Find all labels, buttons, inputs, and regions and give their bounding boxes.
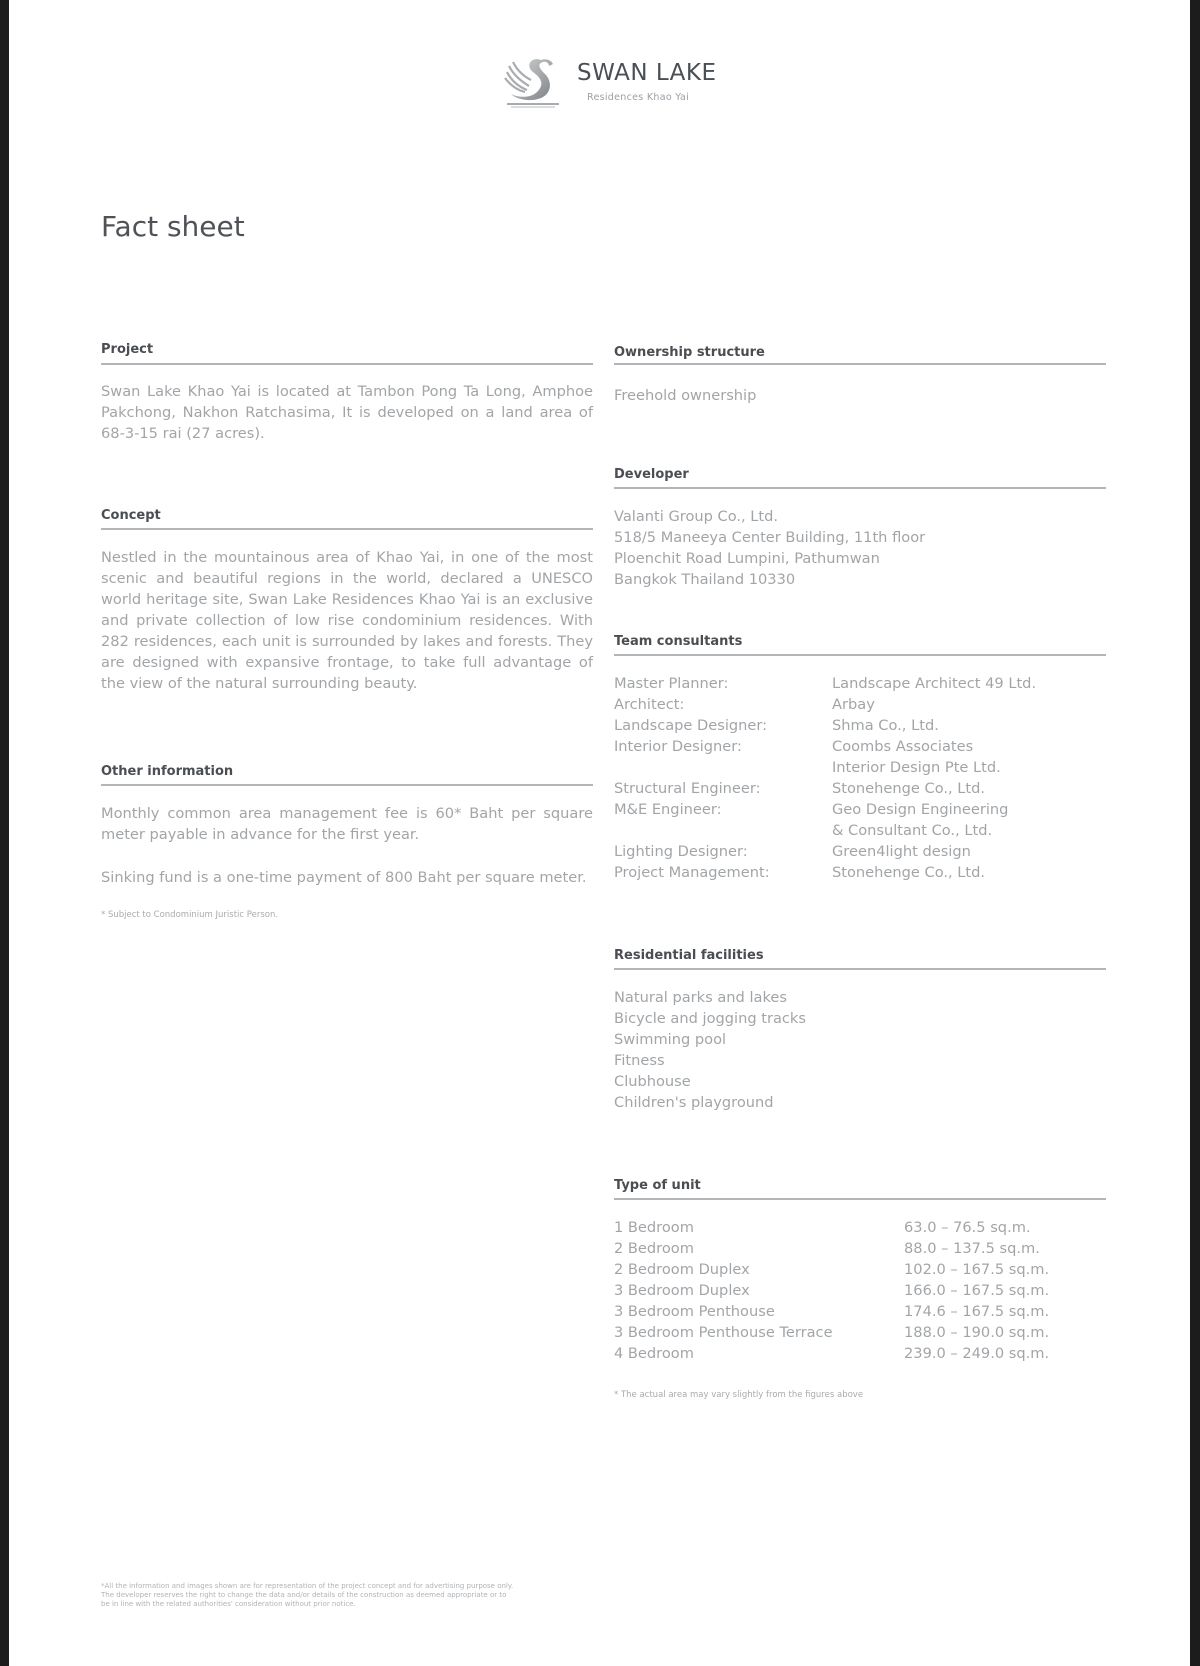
consultant-role: Master Planner: xyxy=(614,673,832,694)
team-row: Structural Engineer:Stonehenge Co., Ltd. xyxy=(614,778,1106,799)
consultant-name: Stonehenge Co., Ltd. xyxy=(832,862,985,883)
consultant-name: Geo Design Engineering xyxy=(832,799,1008,820)
type-of-unit-heading: Type of unit xyxy=(614,1178,701,1193)
unit-type: 3 Bedroom Penthouse Terrace xyxy=(614,1322,904,1343)
consultant-name: Arbay xyxy=(832,694,875,715)
fact-sheet-page: SWAN LAKE Residences Khao Yai Fact sheet… xyxy=(9,0,1190,1666)
facility-item: Children's playground xyxy=(614,1092,1106,1113)
unit-type: 3 Bedroom Duplex xyxy=(614,1280,904,1301)
brand-name: SWAN LAKE xyxy=(577,60,717,86)
brand-subtitle: Residences Khao Yai xyxy=(587,92,689,103)
developer-line: Valanti Group Co., Ltd. xyxy=(614,506,1106,527)
facility-item: Fitness xyxy=(614,1050,1106,1071)
divider xyxy=(614,1198,1106,1200)
unit-row: 2 Bedroom88.0 – 137.5 sq.m. xyxy=(614,1238,1106,1259)
divider xyxy=(614,363,1106,365)
ownership-heading: Ownership structure xyxy=(614,345,765,360)
project-heading: Project xyxy=(101,342,153,357)
ownership-text: Freehold ownership xyxy=(614,385,1106,406)
consultant-role xyxy=(614,820,832,841)
consultant-role: Project Management: xyxy=(614,862,832,883)
consultant-role: Interior Designer: xyxy=(614,736,832,757)
unit-area: 63.0 – 76.5 sq.m. xyxy=(904,1217,1031,1238)
swan-icon xyxy=(501,54,565,110)
divider xyxy=(614,654,1106,656)
team-row: Lighting Designer:Green4light design xyxy=(614,841,1106,862)
unit-row: 3 Bedroom Penthouse Terrace188.0 – 190.0… xyxy=(614,1322,1106,1343)
unit-type: 3 Bedroom Penthouse xyxy=(614,1301,904,1322)
developer-address: Valanti Group Co., Ltd. 518/5 Maneeya Ce… xyxy=(614,506,1106,590)
unit-type: 2 Bedroom xyxy=(614,1238,904,1259)
consultant-name: Shma Co., Ltd. xyxy=(832,715,939,736)
consultant-role: Landscape Designer: xyxy=(614,715,832,736)
consultant-name: & Consultant Co., Ltd. xyxy=(832,820,992,841)
unit-types-table: 1 Bedroom63.0 – 76.5 sq.m.2 Bedroom88.0 … xyxy=(614,1217,1106,1364)
developer-line: Ploenchit Road Lumpini, Pathumwan xyxy=(614,548,1106,569)
unit-row: 2 Bedroom Duplex102.0 – 167.5 sq.m. xyxy=(614,1259,1106,1280)
consultant-role: Lighting Designer: xyxy=(614,841,832,862)
unit-area: 102.0 – 167.5 sq.m. xyxy=(904,1259,1049,1280)
team-row: Interior Design Pte Ltd. xyxy=(614,757,1106,778)
other-information-heading: Other information xyxy=(101,764,233,779)
unit-area: 166.0 – 167.5 sq.m. xyxy=(904,1280,1049,1301)
consultant-name: Green4light design xyxy=(832,841,971,862)
consultant-role xyxy=(614,757,832,778)
team-row: Project Management:Stonehenge Co., Ltd. xyxy=(614,862,1106,883)
management-fee-text: Monthly common area management fee is 60… xyxy=(101,803,593,845)
disclaimer: *All the information and images shown ar… xyxy=(101,1582,561,1609)
team-row: M&E Engineer:Geo Design Engineering xyxy=(614,799,1106,820)
project-text: Swan Lake Khao Yai is located at Tambon … xyxy=(101,381,593,444)
residential-facilities-heading: Residential facilities xyxy=(614,948,764,963)
facility-item: Natural parks and lakes xyxy=(614,987,1106,1008)
divider xyxy=(101,528,593,530)
consultant-name: Interior Design Pte Ltd. xyxy=(832,757,1001,778)
unit-type: 1 Bedroom xyxy=(614,1217,904,1238)
divider xyxy=(614,487,1106,489)
area-footnote: * The actual area may vary slightly from… xyxy=(614,1390,863,1400)
page-title: Fact sheet xyxy=(101,210,245,243)
juristic-footnote: * Subject to Condominium Juristic Person… xyxy=(101,910,278,920)
sinking-fund-text: Sinking fund is a one-time payment of 80… xyxy=(101,867,593,888)
facility-item: Bicycle and jogging tracks xyxy=(614,1008,1106,1029)
unit-row: 3 Bedroom Penthouse174.6 – 167.5 sq.m. xyxy=(614,1301,1106,1322)
consultant-role: M&E Engineer: xyxy=(614,799,832,820)
consultant-name: Stonehenge Co., Ltd. xyxy=(832,778,985,799)
divider xyxy=(101,784,593,786)
unit-type: 2 Bedroom Duplex xyxy=(614,1259,904,1280)
concept-heading: Concept xyxy=(101,508,161,523)
disclaimer-line: The developer reserves the right to chan… xyxy=(101,1591,561,1600)
facility-item: Swimming pool xyxy=(614,1029,1106,1050)
unit-area: 188.0 – 190.0 sq.m. xyxy=(904,1322,1049,1343)
disclaimer-line: be in line with the related authorities'… xyxy=(101,1600,561,1609)
divider xyxy=(614,968,1106,970)
brand-logo: SWAN LAKE Residences Khao Yai xyxy=(501,52,741,112)
team-row: & Consultant Co., Ltd. xyxy=(614,820,1106,841)
developer-line: 518/5 Maneeya Center Building, 11th floo… xyxy=(614,527,1106,548)
unit-type: 4 Bedroom xyxy=(614,1343,904,1364)
consultant-role: Structural Engineer: xyxy=(614,778,832,799)
team-consultants-list: Master Planner:Landscape Architect 49 Lt… xyxy=(614,673,1106,883)
facilities-list: Natural parks and lakesBicycle and joggi… xyxy=(614,987,1106,1113)
team-row: Architect:Arbay xyxy=(614,694,1106,715)
concept-text: Nestled in the mountainous area of Khao … xyxy=(101,547,593,694)
team-row: Landscape Designer:Shma Co., Ltd. xyxy=(614,715,1106,736)
team-consultants-heading: Team consultants xyxy=(614,634,742,649)
developer-line: Bangkok Thailand 10330 xyxy=(614,569,1106,590)
unit-area: 239.0 – 249.0 sq.m. xyxy=(904,1343,1049,1364)
team-row: Master Planner:Landscape Architect 49 Lt… xyxy=(614,673,1106,694)
unit-row: 4 Bedroom239.0 – 249.0 sq.m. xyxy=(614,1343,1106,1364)
unit-area: 174.6 – 167.5 sq.m. xyxy=(904,1301,1049,1322)
consultant-name: Coombs Associates xyxy=(832,736,973,757)
unit-row: 3 Bedroom Duplex166.0 – 167.5 sq.m. xyxy=(614,1280,1106,1301)
facility-item: Clubhouse xyxy=(614,1071,1106,1092)
consultant-role: Architect: xyxy=(614,694,832,715)
team-row: Interior Designer:Coombs Associates xyxy=(614,736,1106,757)
consultant-name: Landscape Architect 49 Ltd. xyxy=(832,673,1036,694)
developer-heading: Developer xyxy=(614,467,689,482)
unit-row: 1 Bedroom63.0 – 76.5 sq.m. xyxy=(614,1217,1106,1238)
unit-area: 88.0 – 137.5 sq.m. xyxy=(904,1238,1040,1259)
divider xyxy=(101,363,593,365)
disclaimer-line: *All the information and images shown ar… xyxy=(101,1582,561,1591)
